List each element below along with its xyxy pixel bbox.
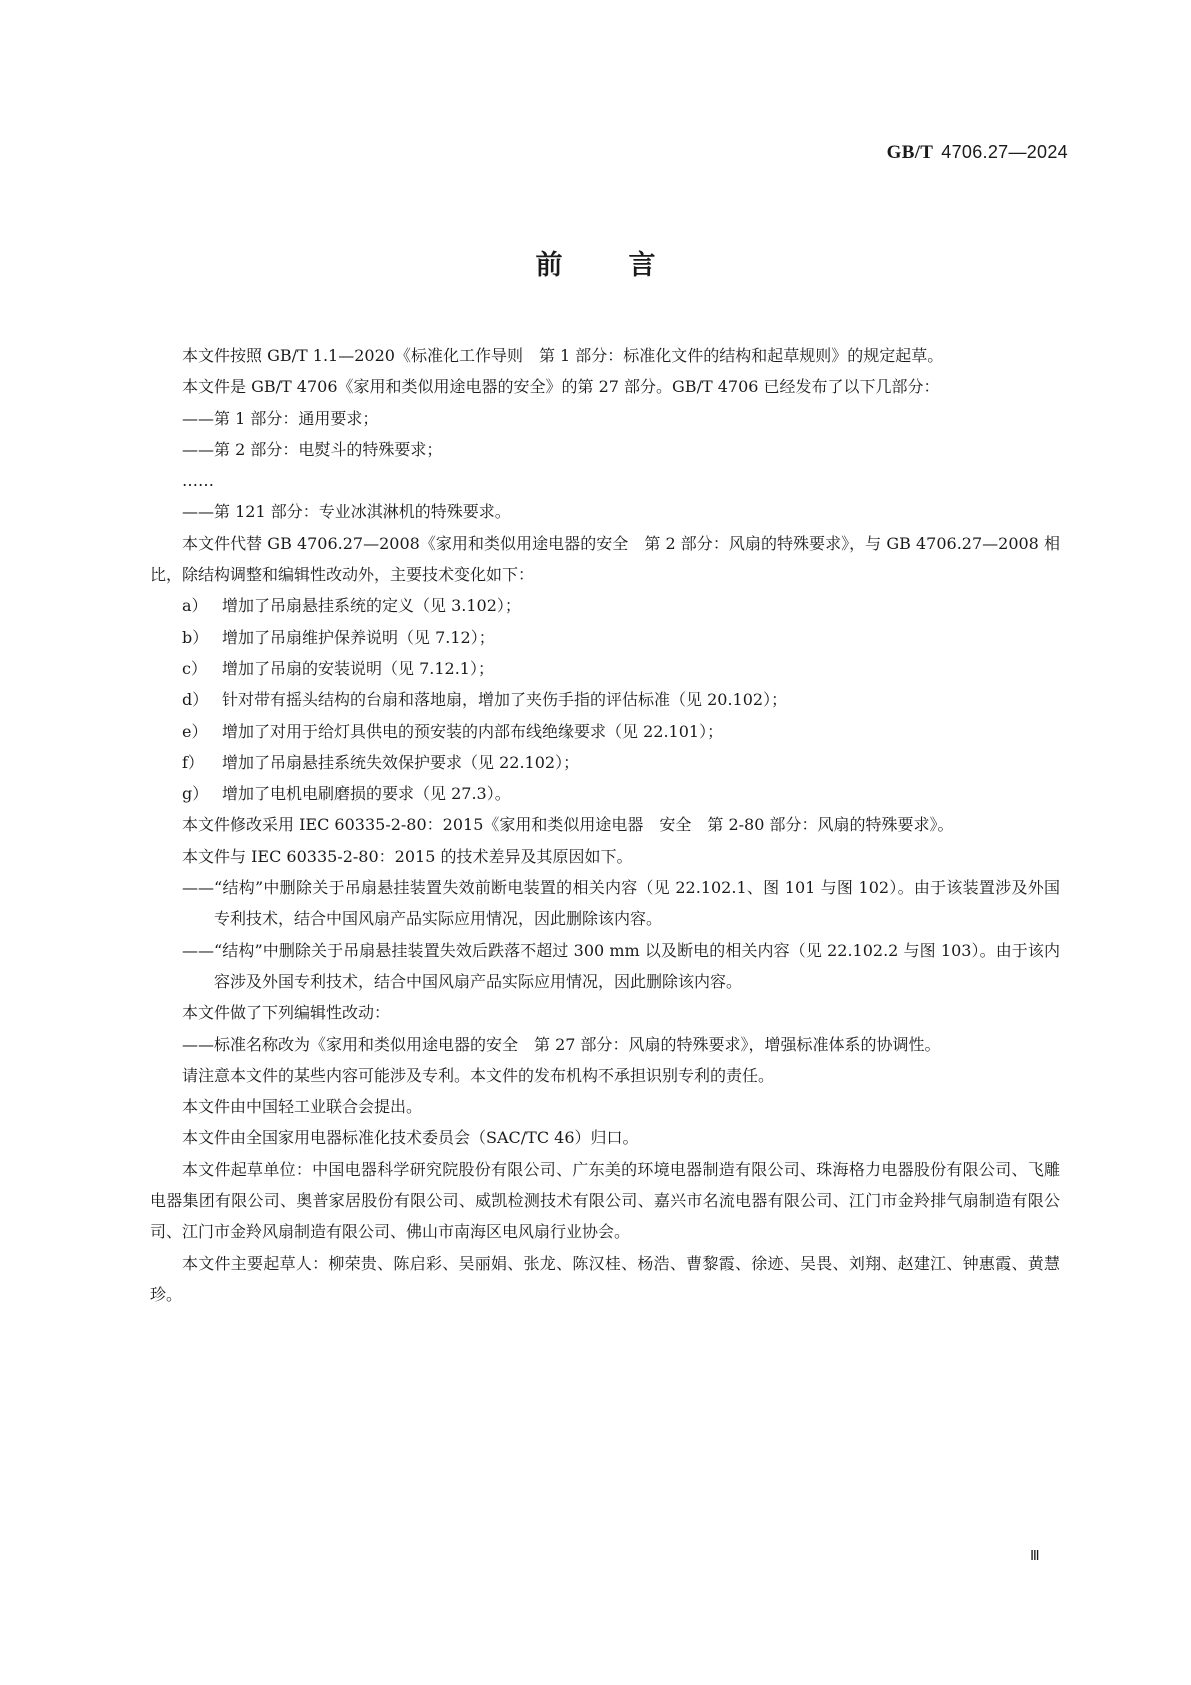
change-list-item: e） 增加了对用于给灯具供电的预安装的内部布线绝缘要求（见 22.101）； bbox=[150, 716, 1060, 747]
list-marker: c） bbox=[182, 653, 222, 684]
paragraph-drafting-rules: 本文件按照 GB/T 1.1—2020《标准化工作导则 第 1 部分：标准化文件… bbox=[150, 340, 1060, 371]
standard-number: 4706.27—2024 bbox=[941, 142, 1068, 162]
list-marker: f） bbox=[182, 747, 222, 778]
paragraph-committee: 本文件由全国家用电器标准化技术委员会（SAC/TC 46）归口。 bbox=[150, 1122, 1060, 1153]
part-list-ellipsis: …… bbox=[150, 465, 1060, 496]
list-marker: e） bbox=[182, 716, 222, 747]
paragraph-drafters: 本文件主要起草人：柳荣贵、陈启彩、吴丽娟、张龙、陈汉桂、杨浩、曹黎霞、徐迹、吴畏… bbox=[150, 1248, 1060, 1311]
list-text: 针对带有摇头结构的台扇和落地扇，增加了夹伤手指的评估标准（见 20.102）； bbox=[222, 684, 787, 715]
change-list-item: g） 增加了电机电刷磨损的要求（见 27.3）。 bbox=[150, 778, 1060, 809]
editorial-item: ——标准名称改为《家用和类似用途电器的安全 第 27 部分：风扇的特殊要求》，增… bbox=[150, 1029, 1060, 1060]
change-list-item: f） 增加了吊扇悬挂系统失效保护要求（见 22.102）； bbox=[150, 747, 1060, 778]
list-text: 增加了吊扇悬挂系统失效保护要求（见 22.102）； bbox=[222, 747, 579, 778]
paragraph-series-intro: 本文件是 GB/T 4706《家用和类似用途电器的安全》的第 27 部分。GB/… bbox=[150, 371, 1060, 402]
list-text: 增加了吊扇的安装说明（见 7.12.1）； bbox=[222, 653, 494, 684]
change-list-item: d） 针对带有摇头结构的台扇和落地扇，增加了夹伤手指的评估标准（见 20.102… bbox=[150, 684, 1060, 715]
standard-prefix: GB/T bbox=[887, 142, 934, 163]
change-list-item: b） 增加了吊扇维护保养说明（见 7.12）； bbox=[150, 622, 1060, 653]
difference-item: ——“结构”中删除关于吊扇悬挂装置失效前断电装置的相关内容（见 22.102.1… bbox=[150, 872, 1060, 935]
paragraph-patent-notice: 请注意本文件的某些内容可能涉及专利。本文件的发布机构不承担识别专利的责任。 bbox=[150, 1060, 1060, 1091]
difference-item: ——“结构”中删除关于吊扇悬挂装置失效后跌落不超过 300 mm 以及断电的相关… bbox=[150, 935, 1060, 998]
paragraph-replaces: 本文件代替 GB 4706.27—2008《家用和类似用途电器的安全 第 2 部… bbox=[150, 528, 1060, 591]
list-text: 增加了对用于给灯具供电的预安装的内部布线绝缘要求（见 22.101）； bbox=[222, 716, 723, 747]
list-text: 增加了吊扇维护保养说明（见 7.12）； bbox=[222, 622, 495, 653]
part-list-item: ——第 2 部分：电熨斗的特殊要求； bbox=[150, 434, 1060, 465]
paragraph-proposer: 本文件由中国轻工业联合会提出。 bbox=[150, 1091, 1060, 1122]
part-list-item: ——第 1 部分：通用要求； bbox=[150, 403, 1060, 434]
paragraph-tech-differences: 本文件与 IEC 60335-2-80：2015 的技术差异及其原因如下。 bbox=[150, 841, 1060, 872]
change-list-item: a） 增加了吊扇悬挂系统的定义（见 3.102）； bbox=[150, 590, 1060, 621]
foreword-body: 本文件按照 GB/T 1.1—2020《标准化工作导则 第 1 部分：标准化文件… bbox=[150, 340, 1060, 1310]
page-title: 前言 bbox=[0, 243, 1191, 282]
list-marker: a） bbox=[182, 590, 222, 621]
standard-code: GB/T4706.27—2024 bbox=[887, 142, 1068, 164]
change-list-item: c） 增加了吊扇的安装说明（见 7.12.1）； bbox=[150, 653, 1060, 684]
list-marker: d） bbox=[182, 684, 222, 715]
paragraph-drafting-units: 本文件起草单位：中国电器科学研究院股份有限公司、广东美的环境电器制造有限公司、珠… bbox=[150, 1154, 1060, 1248]
part-list-item: ——第 121 部分：专业冰淇淋机的特殊要求。 bbox=[150, 496, 1060, 527]
list-marker: b） bbox=[182, 622, 222, 653]
paragraph-editorial-changes: 本文件做了下列编辑性改动： bbox=[150, 997, 1060, 1028]
list-text: 增加了吊扇悬挂系统的定义（见 3.102）； bbox=[222, 590, 521, 621]
paragraph-iec-adoption: 本文件修改采用 IEC 60335-2-80：2015《家用和类似用途电器 安全… bbox=[150, 809, 1060, 840]
list-text: 增加了电机电刷磨损的要求（见 27.3）。 bbox=[222, 778, 511, 809]
list-marker: g） bbox=[182, 778, 222, 809]
page-number: Ⅲ bbox=[1030, 1548, 1040, 1565]
